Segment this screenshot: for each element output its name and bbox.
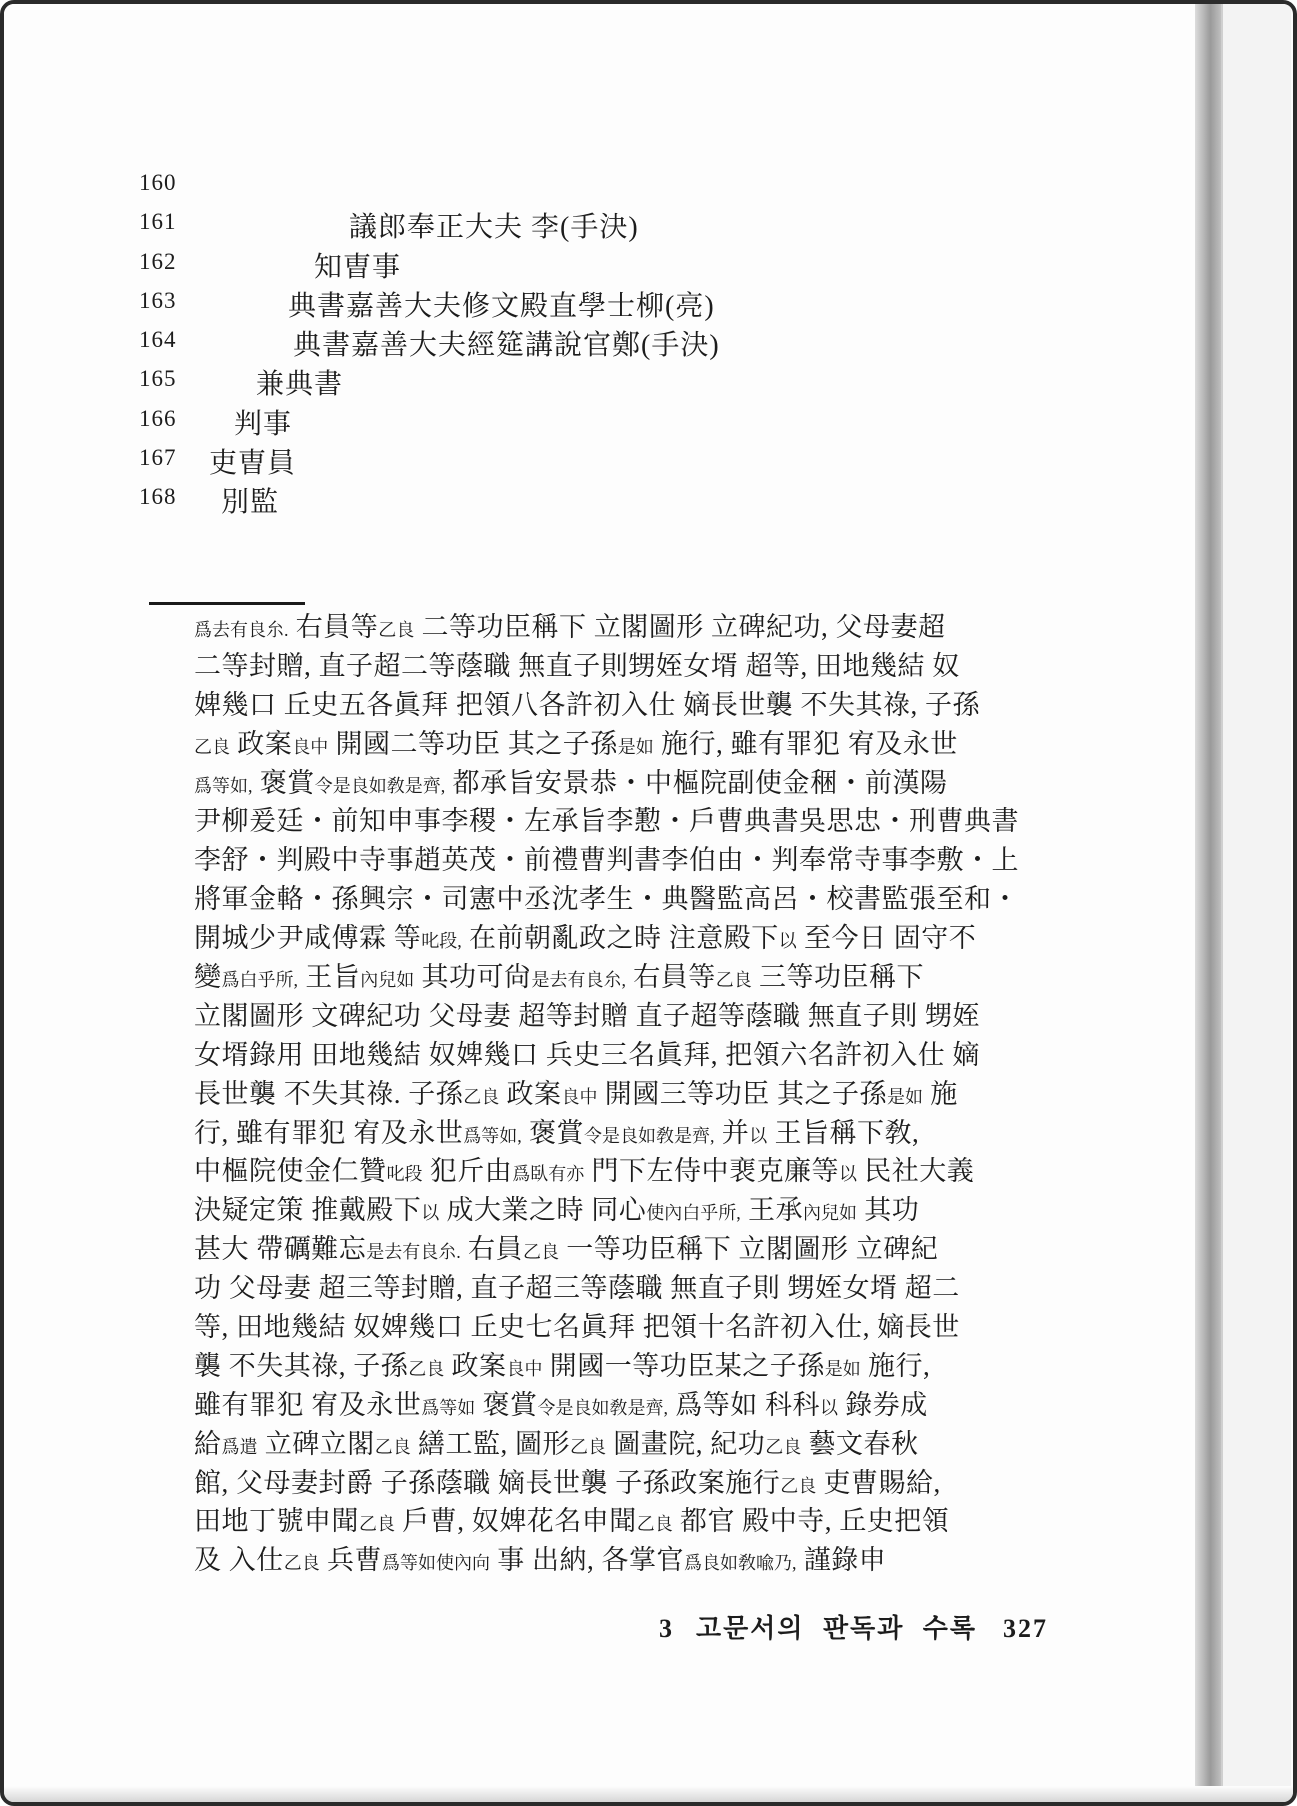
hanja-text: 兵曹 — [320, 1545, 382, 1575]
footnote-line: 李舒・判殿中寺事趙英茂・前禮曹判書李伯由・判奉常寺事李敷・上 — [194, 841, 1116, 880]
idu-small-text: 以 — [749, 1126, 767, 1146]
line-number: 168 — [139, 484, 177, 510]
hanja-text: 雖有罪犯 宥及永世 — [194, 1390, 421, 1420]
hanja-text: 王旨稱下敎, — [767, 1118, 919, 1148]
hanja-text: 立閣圖形 文碑紀功 父母妻 超等封贈 直子超等蔭職 無直子則 甥姪 — [194, 1001, 980, 1031]
idu-small-text: 是如 — [825, 1359, 861, 1379]
idu-small-text: 叱段, — [421, 931, 462, 951]
idu-small-text: 爲良如敎喩乃, — [684, 1553, 797, 1573]
hanja-text: 事 出納, 各掌官 — [490, 1545, 684, 1575]
hanja-text: 功 父母妻 超三等封贈, 直子超三等蔭職 無直子則 甥姪女壻 超二 — [194, 1273, 960, 1303]
footnote-line: 館, 父母妻封爵 子孫蔭職 嫡長世襲 子孫政案施行乙良 吏曹賜給, — [194, 1464, 1116, 1503]
footnote-line: 功 父母妻 超三等封贈, 直子超三等蔭職 無直子則 甥姪女壻 超二 — [194, 1269, 1116, 1308]
footnote-line: 行, 雖有罪犯 宥及永世爲等如, 褒賞令是良如敎是齊, 并以 王旨稱下敎, — [194, 1114, 1116, 1153]
page-content: 160161議郎奉正大夫 李(手決)162知曺事163典書嘉善大夫修文殿直學士柳… — [4, 4, 1293, 1802]
idu-small-text: 內兒如 — [360, 970, 414, 990]
line-text: 典書嘉善大夫修文殿直學士柳(亮) — [288, 284, 715, 324]
hanja-text: 褒賞 — [475, 1390, 537, 1420]
footnote-line: 乙良 政案良中 開國二等功臣 其之子孫是如 施行, 雖有罪犯 宥及永世 — [194, 725, 1116, 764]
idu-small-text: 乙良 — [570, 1437, 606, 1457]
line-number: 163 — [139, 288, 177, 314]
footnote-line: 女壻錄用 田地幾結 奴婢幾口 兵史三名眞拜, 把領六名許初入仕 嫡 — [194, 1036, 1116, 1075]
idu-small-text: 以 — [421, 1203, 439, 1223]
hanja-text: 女壻錄用 田地幾結 奴婢幾口 兵史三名眞拜, 把領六名許初入仕 嫡 — [194, 1040, 980, 1070]
line-number: 166 — [139, 406, 177, 432]
numbered-line: 168別監 — [4, 480, 1183, 519]
hanja-text: 都官 殿中寺, 丘史把領 — [673, 1506, 950, 1536]
idu-small-text: 良中 — [507, 1359, 543, 1379]
idu-small-text: 乙良 — [359, 1514, 395, 1534]
hanja-text: 王承 — [741, 1195, 803, 1225]
idu-small-text: 乙良 — [523, 1242, 559, 1262]
idu-small-text: 乙良 — [780, 1476, 816, 1496]
hanja-text: 李舒・判殿中寺事趙英茂・前禮曹判書李伯由・判奉常寺事李敷・上 — [194, 845, 1019, 875]
line-number: 167 — [139, 445, 177, 471]
line-text: 判事 — [234, 402, 292, 442]
line-number: 161 — [139, 209, 177, 235]
hanja-text: 二等封贈, 直子超二等蔭職 無直子則甥姪女壻 超等, 田地幾結 奴 — [194, 651, 960, 681]
footnote-line: 雖有罪犯 宥及永世爲等如 褒賞令是良如敎是齊, 爲等如 科科以 錄券成 — [194, 1386, 1116, 1425]
hanja-text: 藝文春秋 — [801, 1429, 918, 1459]
hanja-text: 繕工監, 圖形 — [411, 1429, 570, 1459]
idu-small-text: 乙良 — [637, 1514, 673, 1534]
idu-small-text: 乙良 — [463, 1087, 499, 1107]
hanja-text: 民社大義 — [857, 1156, 974, 1186]
idu-small-text: 乙良 — [375, 1437, 411, 1457]
hanja-text: 決疑定策 推戴殿下 — [194, 1195, 421, 1225]
footnote-line: 襲 不失其祿, 子孫乙良 政案良中 開國一等功臣某之子孫是如 施行, — [194, 1347, 1116, 1386]
numbered-line: 162知曺事 — [4, 245, 1183, 284]
idu-small-text: 乙良 — [765, 1437, 801, 1457]
idu-small-text: 令是良如敎是齊, — [538, 1398, 669, 1418]
footnote-line: 給爲遣 立碑立閣乙良 繕工監, 圖形乙良 圖畫院, 紀功乙良 藝文春秋 — [194, 1425, 1116, 1464]
idu-small-text: 乙良 — [378, 620, 414, 640]
line-text: 議郎奉正大夫 李(手決) — [349, 205, 639, 245]
idu-small-text: 爲遣 — [222, 1437, 258, 1457]
hanja-text: 右員等 — [289, 612, 379, 642]
idu-small-text: 是如 — [618, 737, 654, 757]
footnote-line: 長世襲 不失其祿. 子孫乙良 政案良中 開國三等功臣 其之子孫是如 施 — [194, 1075, 1116, 1114]
footnote-line: 將軍金輅・孫興宗・司憲中丞沈孝生・典醫監高呂・校書監張至和・ — [194, 880, 1116, 919]
idu-small-text: 爲去有良厼. — [194, 620, 289, 640]
idu-small-text: 令是良如敎是齊, — [315, 776, 446, 796]
hanja-text: 成大業之時 同心 — [439, 1195, 646, 1225]
hanja-text: 謹錄申 — [797, 1545, 887, 1575]
line-text: 吏曺員 — [209, 441, 296, 481]
hanja-text: 田地丁號申聞 — [194, 1506, 359, 1536]
numbered-line: 160 — [4, 166, 1183, 205]
line-text: 兼典書 — [256, 362, 343, 402]
numbered-line: 167吏曺員 — [4, 441, 1183, 480]
idu-small-text: 以 — [839, 1164, 857, 1184]
footer-section-number: 3 — [659, 1614, 674, 1643]
hanja-text: 門下左侍中裵克廉等 — [584, 1156, 839, 1186]
running-footer: 3고문서의 판독과 수록327 — [659, 1608, 1048, 1645]
hanja-text: 二等功臣稱下 立閣圖形 立碑紀功, 父母妻超 — [414, 612, 945, 642]
idu-small-text: 爲等如, — [194, 776, 253, 796]
footnote-line: 變爲白乎所, 王旨內兒如 其功可尙是去有良厼, 右員等乙良 三等功臣稱下 — [194, 958, 1116, 997]
line-number: 165 — [139, 366, 177, 392]
hanja-text: 褒賞 — [522, 1118, 584, 1148]
hanja-text: 館, 父母妻封爵 子孫蔭職 嫡長世襲 子孫政案施行 — [194, 1468, 780, 1498]
hanja-text: 褒賞 — [253, 768, 315, 798]
hanja-text: 及 入仕 — [194, 1545, 284, 1575]
idu-small-text: 爲白乎所, — [222, 970, 299, 990]
footnote-line: 中樞院使金仁贊叱段 犯斤由爲臥有亦 門下左侍中裵克廉等以 民社大義 — [194, 1152, 1116, 1191]
idu-small-text: 是去有良厼, — [532, 970, 627, 990]
hanja-text: 襲 不失其祿, 子孫 — [194, 1351, 408, 1381]
idu-small-text: 爲臥有亦 — [512, 1164, 584, 1184]
idu-small-text: 乙良 — [284, 1553, 320, 1573]
hanja-text: 犯斤由 — [423, 1156, 513, 1186]
footnote-line: 尹柳爰廷・前知申事李稷・左承旨李懃・戶曹典書吳思忠・刑曹典書 — [194, 802, 1116, 841]
footnote-line: 爲等如, 褒賞令是良如敎是齊, 都承旨安景恭・中樞院副使金稇・前漢陽 — [194, 764, 1116, 803]
idu-small-text: 是去有良厼. — [366, 1242, 461, 1262]
footnote-line: 立閣圖形 文碑紀功 父母妻 超等封贈 直子超等蔭職 無直子則 甥姪 — [194, 997, 1116, 1036]
hanja-text: 其功 — [857, 1195, 919, 1225]
footnote-line: 甚大 帶礪難忘是去有良厼. 右員乙良 一等功臣稱下 立閣圖形 立碑紀 — [194, 1230, 1116, 1269]
line-text: 知曺事 — [314, 245, 401, 285]
hanja-text: 爲等如 科科 — [668, 1390, 820, 1420]
hanja-text: 并 — [715, 1118, 750, 1148]
idu-small-text: 以 — [820, 1398, 838, 1418]
hanja-text: 立碑立閣 — [258, 1429, 375, 1459]
footnote-line: 爲去有良厼. 右員等乙良 二等功臣稱下 立閣圖形 立碑紀功, 父母妻超 — [194, 608, 1116, 647]
hanja-text: 三等功臣稱下 — [752, 962, 924, 992]
line-number: 160 — [139, 170, 177, 196]
hanja-text: 右員等 — [626, 962, 716, 992]
hanja-text: 婢幾口 丘史五各眞拜 把領八各許初入仕 嫡長世襲 不失其祿, 子孫 — [194, 690, 980, 720]
footnote-line: 等, 田地幾結 奴婢幾口 丘史七名眞拜 把領十名許初入仕, 嫡長世 — [194, 1308, 1116, 1347]
numbered-line: 164典書嘉善大夫經筵講說官鄭(手決) — [4, 323, 1183, 362]
hanja-text: 開國三等功臣 其之子孫 — [598, 1079, 888, 1109]
numbered-line: 166判事 — [4, 402, 1183, 441]
footnote-line: 田地丁號申聞乙良 戶曹, 奴婢花名申聞乙良 都官 殿中寺, 丘史把領 — [194, 1502, 1116, 1541]
footnote-line: 決疑定策 推戴殿下以 成大業之時 同心使內白乎所, 王承內兒如 其功 — [194, 1191, 1116, 1230]
hanja-text: 政案 — [499, 1079, 561, 1109]
footnote-separator-rule — [149, 602, 305, 605]
hanja-text: 甚大 帶礪難忘 — [194, 1234, 366, 1264]
hanja-text: 給 — [194, 1429, 222, 1459]
idu-small-text: 使內白乎所, — [646, 1203, 741, 1223]
hanja-text: 變 — [194, 962, 222, 992]
hanja-text: 都承旨安景恭・中樞院副使金稇・前漢陽 — [445, 768, 947, 798]
idu-small-text: 爲等如 — [421, 1398, 475, 1418]
hanja-text: 在前朝亂政之時 注意殿下 — [462, 923, 779, 953]
hanja-text: 施行, 雖有罪犯 宥及永世 — [654, 729, 958, 759]
idu-small-text: 乙良 — [408, 1359, 444, 1379]
line-number: 162 — [139, 249, 177, 275]
idu-small-text: 爲等如使內向 — [382, 1553, 490, 1573]
idu-small-text: 令是良如敎是齊, — [584, 1126, 715, 1146]
footer-page-number: 327 — [1003, 1614, 1048, 1643]
hanja-text: 右員 — [461, 1234, 523, 1264]
idu-small-text: 乙良 — [716, 970, 752, 990]
footnote-line: 及 入仕乙良 兵曹爲等如使內向 事 出納, 各掌官爲良如敎喩乃, 謹錄申 — [194, 1541, 1116, 1580]
line-text: 別監 — [221, 480, 279, 520]
hanja-text: 政案 — [230, 729, 292, 759]
idu-small-text: 良中 — [292, 737, 328, 757]
hanja-text: 等, 田地幾結 奴婢幾口 丘史七名眞拜 把領十名許初入仕, 嫡長世 — [194, 1312, 960, 1342]
hanja-text: 圖畫院, 紀功 — [606, 1429, 765, 1459]
numbered-line: 165兼典書 — [4, 362, 1183, 401]
idu-small-text: 以 — [779, 931, 797, 951]
scanned-book-page: 160161議郎奉正大夫 李(手決)162知曺事163典書嘉善大夫修文殿直學士柳… — [0, 0, 1297, 1806]
hanja-text: 戶曹, 奴婢花名申聞 — [395, 1506, 637, 1536]
line-number: 164 — [139, 327, 177, 353]
hanja-text: 錄券成 — [838, 1390, 928, 1420]
hanja-text: 一等功臣稱下 立閣圖形 立碑紀 — [559, 1234, 938, 1264]
hanja-text: 政案 — [444, 1351, 506, 1381]
hanja-text: 開國二等功臣 其之子孫 — [328, 729, 618, 759]
hanja-text: 其功可尙 — [414, 962, 531, 992]
footnote-line: 婢幾口 丘史五各眞拜 把領八各許初入仕 嫡長世襲 不失其祿, 子孫 — [194, 686, 1116, 725]
numbered-transcription-lines: 160161議郎奉正大夫 李(手決)162知曺事163典書嘉善大夫修文殿直學士柳… — [4, 166, 1183, 520]
hanja-text: 長世襲 不失其祿. 子孫 — [194, 1079, 463, 1109]
hanja-text: 尹柳爰廷・前知申事李稷・左承旨李懃・戶曹典書吳思忠・刑曹典書 — [194, 806, 1019, 836]
footnote-line: 開城少尹咸傅霖 等叱段, 在前朝亂政之時 注意殿下以 至今日 固守不 — [194, 919, 1116, 958]
footer-chapter-title: 고문서의 판독과 수록 — [696, 1614, 977, 1643]
idu-small-text: 是如 — [887, 1087, 923, 1107]
idu-small-text: 爲等如, — [463, 1126, 522, 1146]
footnote-line: 二等封贈, 直子超二等蔭職 無直子則甥姪女壻 超等, 田地幾結 奴 — [194, 647, 1116, 686]
hanja-text: 至今日 固守不 — [797, 923, 977, 953]
hanja-text: 施行, — [861, 1351, 931, 1381]
line-text: 典書嘉善大夫經筵講說官鄭(手決) — [293, 323, 720, 363]
hanja-text: 施 — [923, 1079, 958, 1109]
hanja-text: 王旨 — [298, 962, 360, 992]
hanja-text: 中樞院使金仁贊 — [194, 1156, 387, 1186]
idu-small-text: 內兒如 — [803, 1203, 857, 1223]
numbered-line: 163典書嘉善大夫修文殿直學士柳(亮) — [4, 284, 1183, 323]
idu-small-text: 良中 — [562, 1087, 598, 1107]
hanja-text: 將軍金輅・孫興宗・司憲中丞沈孝生・典醫監高呂・校書監張至和・ — [194, 884, 1019, 914]
hanja-text: 開國一等功臣某之子孫 — [543, 1351, 825, 1381]
idu-small-text: 叱段 — [387, 1164, 423, 1184]
idu-small-text: 乙良 — [194, 737, 230, 757]
hanja-text: 吏曹賜給, — [816, 1468, 941, 1498]
hanja-text: 行, 雖有罪犯 宥及永世 — [194, 1118, 463, 1148]
footnote-block: 爲去有良厼. 右員等乙良 二等功臣稱下 立閣圖形 立碑紀功, 父母妻超二等封贈,… — [194, 608, 1116, 1580]
numbered-line: 161議郎奉正大夫 李(手決) — [4, 205, 1183, 244]
hanja-text: 開城少尹咸傅霖 等 — [194, 923, 421, 953]
